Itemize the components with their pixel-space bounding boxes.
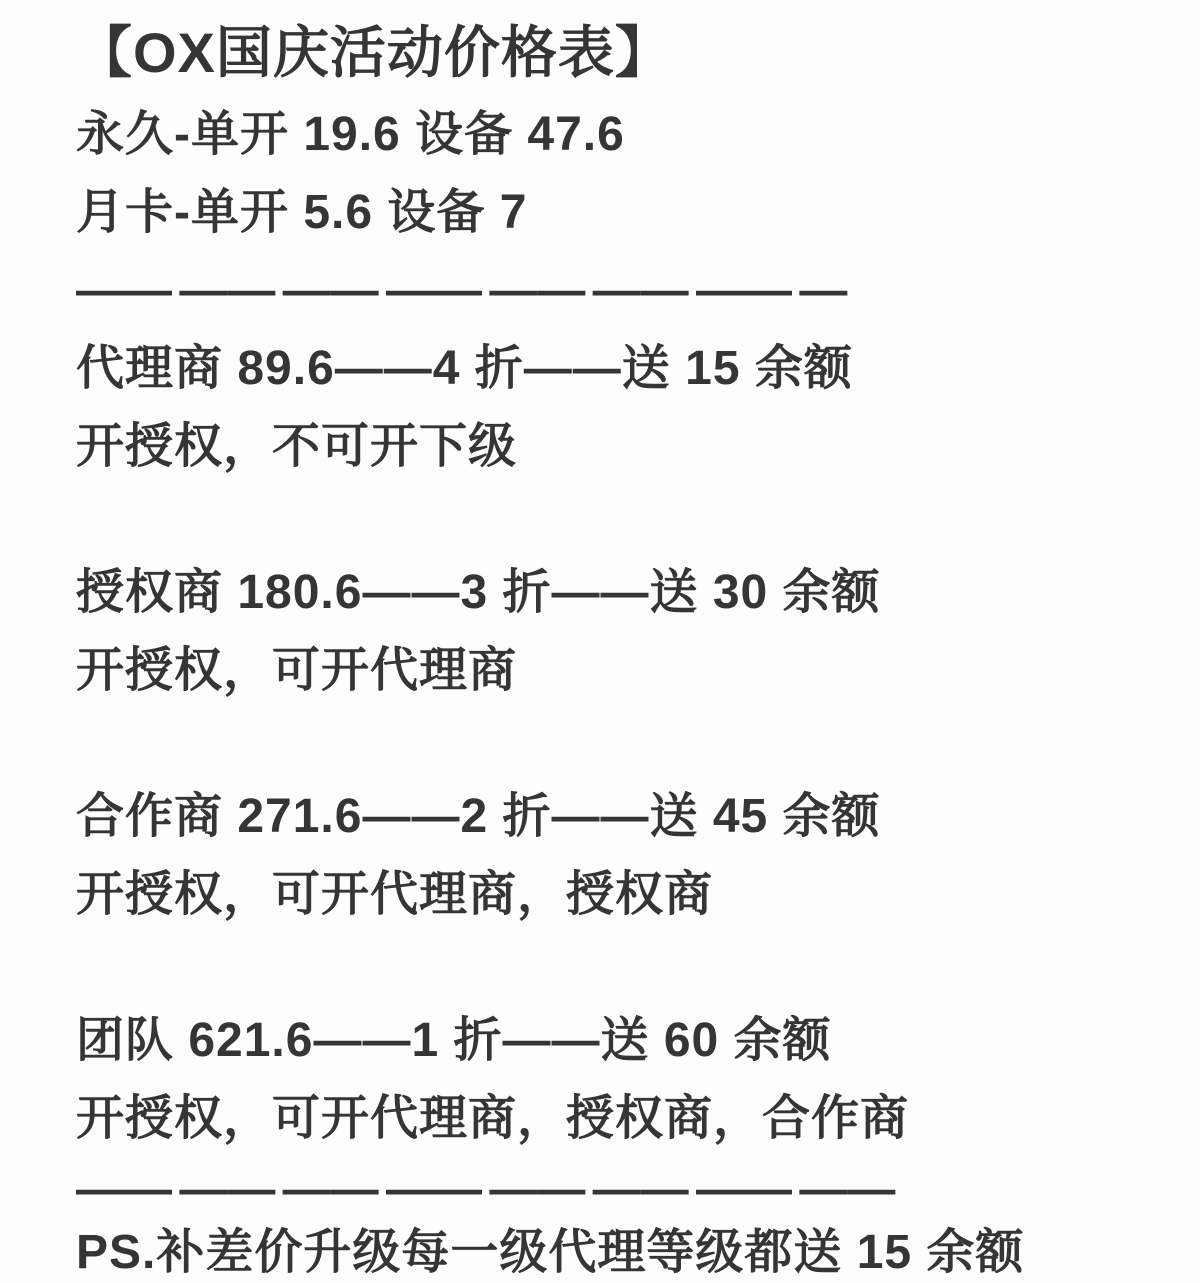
tier-team-headline: 团队 621.6——1 折——送 60 余额 xyxy=(76,1002,1170,1080)
tier-agent: 代理商 89.6——4 折——送 15 余额 开授权，不可开下级 xyxy=(76,330,1170,486)
tier-partner: 合作商 271.6——2 折——送 45 余额 开授权，可开代理商，授权商 xyxy=(76,778,1170,934)
footnote: PS.补差价升级每一级代理等级都送 15 余额 xyxy=(76,1222,1170,1283)
page-title: 【OX国庆活动价格表】 xyxy=(76,10,1170,96)
tier-team: 团队 621.6——1 折——送 60 余额 开授权，可开代理商，授权商，合作商 xyxy=(76,1002,1170,1158)
tier-agent-details: 开授权，不可开下级 xyxy=(76,408,1170,486)
tier-authorized: 授权商 180.6——3 折——送 30 余额 开授权，可开代理商 xyxy=(76,554,1170,710)
tier-partner-details: 开授权，可开代理商，授权商 xyxy=(76,856,1170,934)
tier-partner-headline: 合作商 271.6——2 折——送 45 余额 xyxy=(76,778,1170,856)
price-list-page: 【OX国庆活动价格表】 永久-单开 19.6 设备 47.6 月卡-单开 5.6… xyxy=(0,0,1200,1283)
tier-authorized-details: 开授权，可开代理商 xyxy=(76,632,1170,710)
base-price-monthly: 月卡-单开 5.6 设备 7 xyxy=(76,174,1170,252)
tier-authorized-headline: 授权商 180.6——3 折——送 30 余额 xyxy=(76,554,1170,632)
divider-bottom: —— —— —— —— —— —— —— —— xyxy=(76,1158,1170,1222)
tier-team-details: 开授权，可开代理商，授权商，合作商 xyxy=(76,1080,1170,1158)
base-price-permanent: 永久-单开 19.6 设备 47.6 xyxy=(76,96,1170,174)
divider-top: —— —— —— —— —— —— —— — xyxy=(76,252,1170,330)
tier-agent-headline: 代理商 89.6——4 折——送 15 余额 xyxy=(76,330,1170,408)
